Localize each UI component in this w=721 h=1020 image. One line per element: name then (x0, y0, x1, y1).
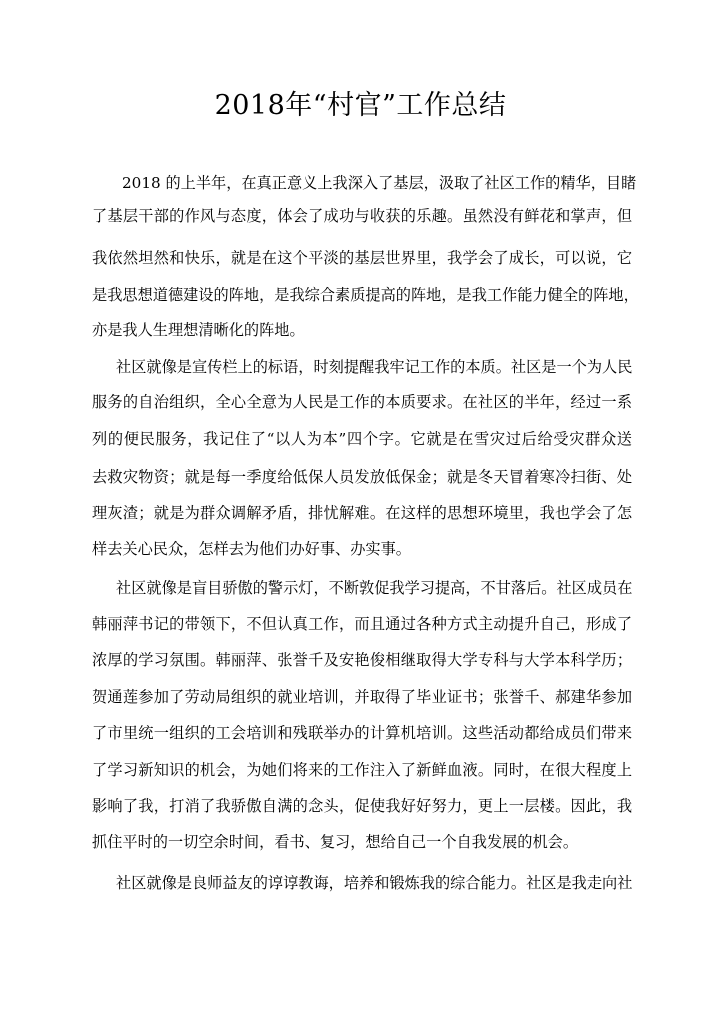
document-title: 2018年“村官”工作总结 (0, 86, 721, 126)
paragraph-line: 了学习新知识的机会，为她们将来的工作注入了新鲜血液。同时，在很大程度上 (92, 760, 632, 780)
paragraph-line: 社区就像是宣传栏上的标语，时刻提醒我牢记工作的本质。社区是一个为人民 (92, 357, 632, 377)
paragraph-line: 贺通莲参加了劳动局组织的就业培训，并取得了毕业证书；张誉千、郝建华参加 (92, 687, 632, 707)
paragraph-line: 了基层干部的作风与态度，体会了成功与收获的乐趣。虽然没有鲜花和掌声，但 (92, 206, 632, 226)
paragraph-line: 去救灾物资；就是每一季度给低保人员发放低保金；就是冬天冒着寒冷扫街、处 (92, 467, 632, 487)
paragraph-line: 亦是我人生理想清晰化的阵地。 (92, 320, 632, 340)
paragraph-line: 影响了我，打消了我骄傲自满的念头，促使我好好努力，更上一层楼。因此，我 (92, 796, 632, 816)
paragraph-line: 韩丽萍书记的带领下，不但认真工作，而且通过各种方式主动提升自己，形成了 (92, 614, 632, 634)
paragraph-line: 了市里统一组织的工会培训和残联举办的计算机培训。这些活动都给成员们带来 (92, 723, 632, 743)
paragraph-line: 社区就像是盲目骄傲的警示灯，不断敦促我学习提高，不甘落后。社区成员在 (92, 578, 632, 598)
paragraph-line: 服务的自治组织，全心全意为人民是工作的本质要求。在社区的半年，经过一系 (92, 392, 632, 412)
paragraph-line: 我依然坦然和快乐，就是在这个平淡的基层世界里，我学会了成长，可以说，它 (92, 248, 632, 268)
paragraph-line: 理灰渣；就是为群众调解矛盾，排忧解难。在这样的思想环境里，我也学会了怎 (92, 503, 632, 523)
paragraph-line: 是我思想道德建设的阵地，是我综合素质提高的阵地，是我工作能力健全的阵地， (92, 285, 632, 305)
paragraph-line: 浓厚的学习氛围。韩丽萍、张誉千及安艳俊相继取得大学专科与大学本科学历； (92, 650, 632, 670)
paragraph-line: 抓住平时的一切空余时间，看书、复习，想给自己一个自我发展的机会。 (92, 832, 632, 852)
paragraph-line: 列的便民服务，我记住了“以人为本”四个字。它就是在雪灾过后给受灾群众送 (92, 429, 632, 449)
document-page: 2018年“村官”工作总结 2018 的上半年，在真正意义上我深入了基层，汲取了… (0, 0, 721, 1020)
paragraph-line: 2018 的上半年，在真正意义上我深入了基层，汲取了社区工作的精华，目睹 (92, 173, 632, 193)
paragraph-line: 样去关心民众，怎样去为他们办好事、办实事。 (92, 539, 632, 559)
paragraph-line: 社区就像是良师益友的谆谆教诲，培养和锻炼我的综合能力。社区是我走向社 (92, 873, 632, 893)
